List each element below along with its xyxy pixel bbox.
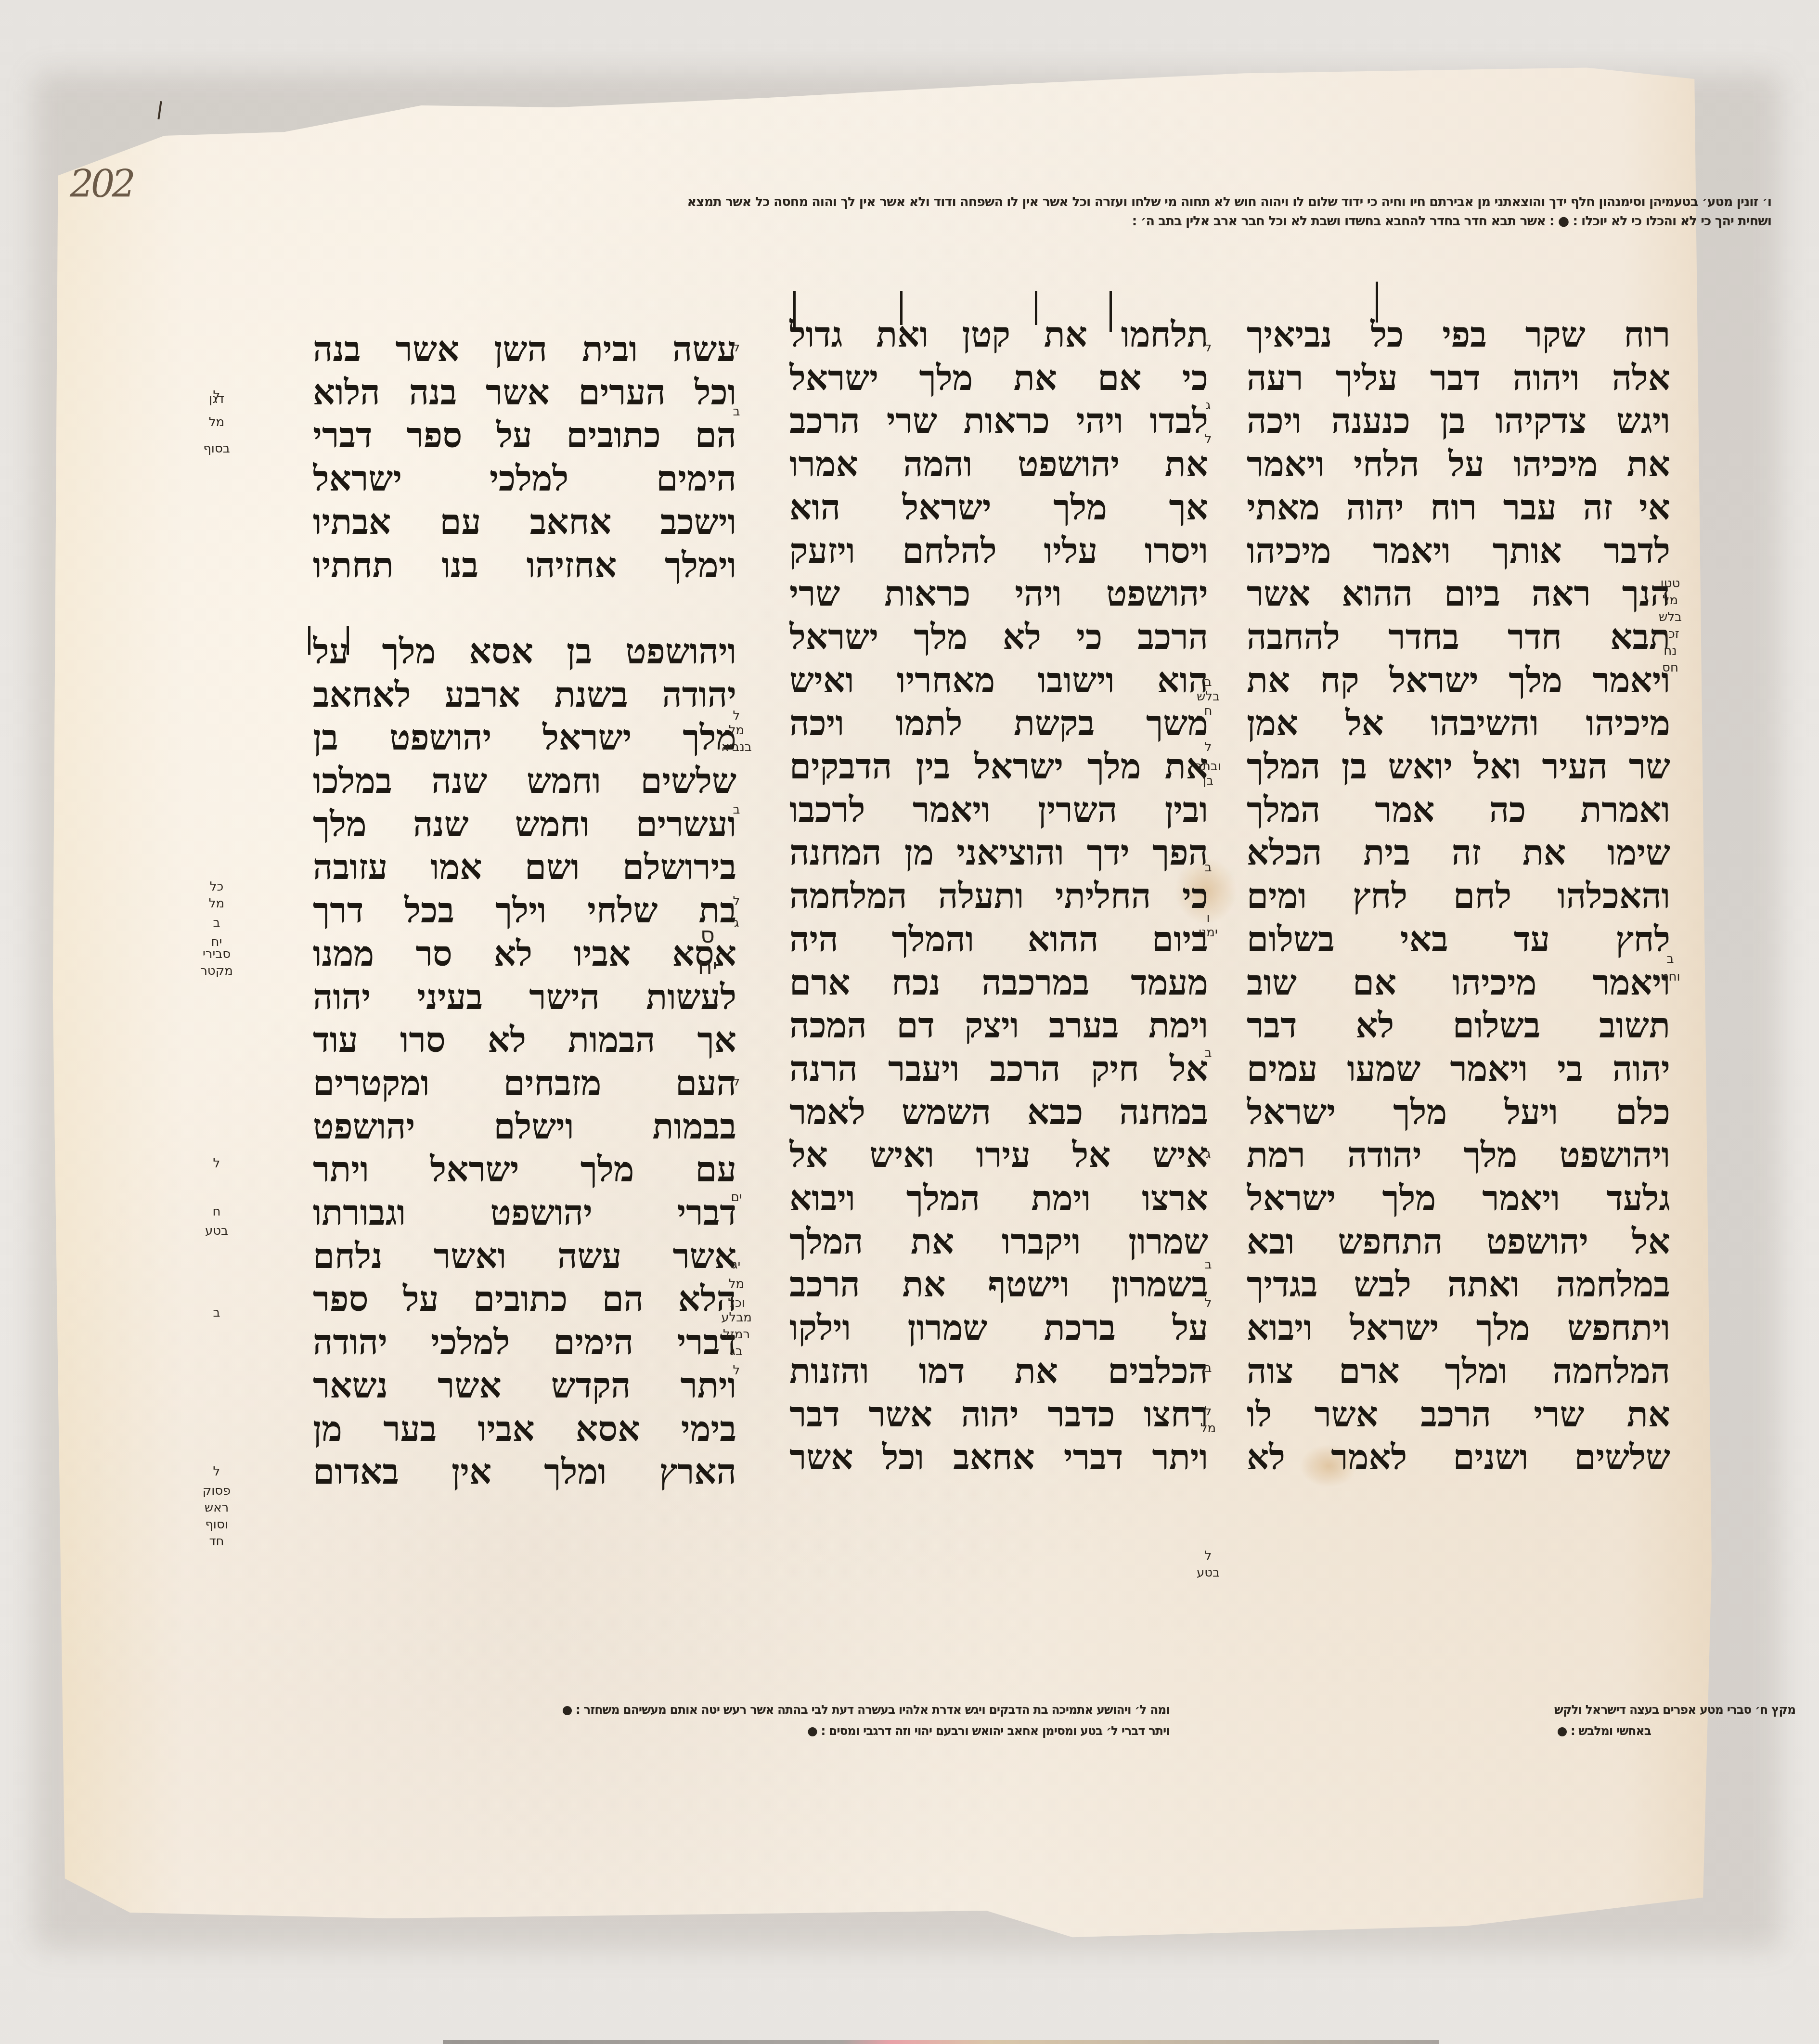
text-line: ויהושפט בן אסא מלך על [313, 630, 736, 673]
text-line: הוא וישובו מאחריו ואיש [789, 659, 1208, 702]
text-line: לבדו ויהי כראות שרי הרכב [789, 399, 1208, 442]
text-line: וכל הערים אשר בנה הלוא [313, 371, 736, 414]
text-line: ויאמר מיכיהו אם שוב [1247, 961, 1670, 1004]
text-line: כלם ויעל מלך ישראל [1247, 1090, 1670, 1134]
text-line: אל יהושפט התחפש ובא [1247, 1220, 1670, 1263]
text-line: אך מלך ישראל הוא [789, 486, 1208, 529]
text-line: הם כתובים על ספר דברי [313, 414, 736, 457]
text-line: שר העיר ואל יואש בן המלך [1247, 745, 1670, 788]
text-line: הלא הם כתובים על ספר [313, 1277, 736, 1320]
margin-note: ל [1205, 739, 1212, 755]
text-line: ויגש צדקיהו בן כנענה ויכה [1247, 399, 1670, 442]
margin-note: ל [1205, 1403, 1212, 1420]
masorah-bottom-left-line-2: ויתר דברי ל׳ בטע ומסימן אחאב יהואש ורבעם… [318, 1721, 1170, 1742]
margin-note: ח [213, 1203, 221, 1220]
margin-note: ובתר [1195, 758, 1221, 775]
text-column-middle: תלחמו את קטן ואת גדול כי אם את מלך ישראל… [789, 313, 1208, 1479]
margin-note: ב [1204, 1045, 1212, 1061]
text-line: הרכב כי לא מלך ישראל [789, 615, 1208, 659]
text-line: אל חיק הרכב ויעבר הרנה [789, 1047, 1208, 1090]
margin-note: ג [1206, 1146, 1211, 1162]
text-column-left: עשה ובית השן אשר בנה וכל הערים אשר בנה ה… [313, 327, 736, 1493]
margin-note: מל [1200, 1420, 1216, 1436]
text-line: כי אם את מלך ישראל [789, 356, 1208, 400]
margin-note: נח [1664, 643, 1677, 659]
margin-note: ראש [205, 1500, 229, 1516]
masorah-magna-bottom-left: ומה ל׳ ויהושע אתמיכה בת הדבקים ויגש אדרת… [318, 1699, 1170, 1742]
text-line: רוח שקר בפי כל נביאיך [1247, 313, 1670, 356]
text-line: הכלבים את דמו והזנות [789, 1349, 1208, 1393]
text-line: ביום ההוא והמלך היה [789, 918, 1208, 961]
text-column-right: רוח שקר בפי כל נביאיך אלה ויהוה דבר עליך… [1247, 313, 1670, 1479]
text-line: עם מלך ישראל ויתר [313, 1148, 736, 1191]
text-line: הימים למלכי ישראל [313, 457, 736, 500]
text-line: את שרי הרכב אשר לו [1247, 1393, 1670, 1436]
text-line: שלשים וחמש שנה במלכו [313, 759, 736, 802]
margin-note: ג [1206, 397, 1211, 414]
margin-note: פסוק [203, 1483, 231, 1499]
margin-note: ח [1204, 703, 1213, 719]
margin-note: מקטר [200, 963, 233, 979]
color-reference-strip [443, 2040, 1439, 2044]
text-line: מעמד במרכבה נכח ארם [789, 961, 1208, 1004]
text-line: אך הבמות לא סרו עוד [313, 1018, 736, 1061]
margin-note: בלש [1197, 688, 1220, 705]
margin-note: דגן [209, 391, 224, 407]
text-line: ויהושפט מלך יהודה רמת [1247, 1133, 1670, 1177]
margin-note: יח [698, 958, 717, 974]
masorah-magna-top: ו׳ זונין מטע׳ בטעמיהן וסימנהון חלף ידך ו… [318, 193, 1771, 231]
text-line: תבא חדר בחדר להחבה [1247, 615, 1670, 659]
margin-note: בג [730, 1343, 743, 1359]
text-line: במחנה כבא השמש לאמר [789, 1090, 1208, 1134]
masorah-bottom-right-line-1: מקץ ח׳ סברי מטע אפרים בעצה דישראל ולקש [1276, 1699, 1795, 1721]
masorah-top-line-1: ו׳ זונין מטע׳ בטעמיהן וסימנהון חלף ידך ו… [318, 193, 1771, 212]
margin-note: חס [1662, 660, 1678, 676]
masorah-parva-far-left: לדגןמלבסוףכלמלביחסבירימקטרלחבטעבלפסוקראש… [197, 0, 236, 2044]
text-line: מיכיהו והשיבהו אל אמן [1247, 701, 1670, 745]
text-line: ארצו וימת המלך ויבוא [789, 1177, 1208, 1220]
text-line: עשה ובית השן אשר בנה [313, 327, 736, 371]
margin-note: יג [733, 1256, 741, 1273]
margin-note: ב [213, 1305, 220, 1321]
margin-note: בלש [1659, 609, 1682, 625]
text-line: דברי יהושפט וגבורתו [313, 1191, 736, 1234]
margin-note: מל [729, 1276, 744, 1292]
text-line: לעשות הישר בעיני יהוה [313, 975, 736, 1019]
text-line: בבמות וישלם יהושפט [313, 1105, 736, 1148]
text-line: וימלך אחזיהו בנו תחתיו [313, 543, 736, 587]
text-line: ואמרת כה אמר המלך [1247, 788, 1670, 831]
text-line: הנך ראה ביום ההוא אשר [1247, 572, 1670, 615]
masorah-parva-right-middle: לגלבבלשחלובתרבןבוימניבגבלבלמללבטע [1189, 0, 1227, 2044]
text-line: וישכב אחאב עם אבתיו [313, 500, 736, 543]
text-line: ויתר הקדש אשר נשאר [313, 1364, 736, 1407]
margin-note: ו [1206, 910, 1210, 926]
margin-note: ב [213, 915, 220, 931]
text-line: את יהושפט והמה אמרו [789, 442, 1208, 486]
margin-note: וסוף [205, 1516, 228, 1533]
margin-note: חד [209, 1533, 224, 1550]
text-line: בימי אסא אביו בער מן [313, 1407, 736, 1450]
text-line: בת שלחי וילך בכל דרך [313, 889, 736, 932]
text-line: והאכלהו לחם לחץ ומים [1247, 874, 1670, 918]
text-line: רחצו כדבר יהוה אשר דבר [789, 1393, 1208, 1436]
margin-note: ל [733, 1362, 740, 1379]
text-line: תלחמו את קטן ואת גדול [789, 313, 1208, 356]
text-line: הפך ידך והוציאני מן המחנה [789, 831, 1208, 874]
margin-note: ל [1205, 339, 1212, 356]
text-line: אשר עשה ואשר נלחם [313, 1234, 736, 1278]
text-line: המלחמה ומלך ארם צוה [1247, 1349, 1670, 1393]
text-line: אי זה עבר רוח יהוה מאתי [1247, 486, 1670, 529]
text-line: יהושפט ויהי כראות שרי [789, 572, 1208, 615]
margin-note: סבירי [203, 946, 231, 962]
margin-note: ל [1205, 431, 1212, 447]
margin-note: בטע [205, 1223, 228, 1239]
margin-note: ב [1666, 951, 1674, 967]
margin-note: ל [213, 1155, 220, 1172]
text-line: במלחמה ואתה לבש בגדיך [1247, 1263, 1670, 1306]
margin-note: זכר [1661, 626, 1679, 642]
text-line: בירושלם ושם אמו עזובה [313, 845, 736, 889]
folio-number: 202 [70, 163, 133, 206]
margin-note: ב [733, 802, 740, 818]
margin-note: מל [209, 895, 224, 912]
margin-note: ל [1205, 1548, 1212, 1564]
margin-note: ב [1204, 859, 1212, 876]
text-line: משך בקשת לתמו ויכה [789, 701, 1208, 745]
margin-note: ל [733, 893, 740, 909]
margin-note: מל [1663, 592, 1678, 608]
text-line: כי החליתי ותעלה המלחמה [789, 874, 1208, 918]
text-line: אלה ויהוה דבר עליך רעה [1247, 356, 1670, 400]
margin-note: וכל [728, 1295, 745, 1311]
margin-note: בן [1203, 773, 1213, 789]
text-line: ועשרים וחמש שנה מלך [313, 802, 736, 846]
text-line: יהודה בשנת ארבע לאחאב [313, 673, 736, 716]
masorah-magna-bottom-right: מקץ ח׳ סברי מטע אפרים בעצה דישראל ולקש ב… [1276, 1699, 1795, 1742]
margin-note: ים [731, 1189, 742, 1205]
text-line: איש אל עירו ואיש אל [789, 1133, 1208, 1177]
text-line: שמרון ויקברו את המלך [789, 1220, 1208, 1263]
margin-note: רמזל [723, 1326, 750, 1343]
text-line: העם מזבחים ומקטרים [313, 1061, 736, 1105]
margin-note: ב [1204, 1256, 1212, 1273]
text-line: ויתחפש מלך ישראל ויבוא [1247, 1306, 1670, 1349]
margin-note: בטע [1197, 1565, 1220, 1581]
margin-note: ל [733, 339, 740, 356]
margin-note: ימני [1199, 924, 1218, 941]
text-line: שלשים ושנים לאמר לא [1247, 1436, 1670, 1479]
margin-note: ב [1204, 674, 1212, 690]
text-line: לחץ עד באי בשלום [1247, 918, 1670, 961]
margin-note: ל [213, 1463, 220, 1480]
text-line: ובין השרין ויאמר לרכבו [789, 788, 1208, 831]
margin-note: כל [210, 879, 224, 895]
margin-note: בסוף [203, 440, 230, 457]
margin-note: ב [1204, 1360, 1212, 1376]
masorah-bottom-left-line-1: ומה ל׳ ויהושע אתמיכה בת הדבקים ויגש אדרת… [318, 1699, 1170, 1721]
masorah-top-line-2: ושחית יהך כי לא והכלו כי לא יוכלו ׃ ● ׃ … [472, 212, 1771, 231]
text-line: אסא אביו לא סר ממנו [313, 932, 736, 975]
text-line: על ברכת שמרון וילקו [789, 1306, 1208, 1349]
text-line: ויאמר מלך ישראל קח את [1247, 659, 1670, 702]
margin-note: טטן [1661, 575, 1680, 592]
text-line: את מיכיהו על הלחי ויאמר [1247, 442, 1670, 486]
margin-note: מל [209, 414, 224, 430]
text-line: הארץ ומלך אין באדום [313, 1450, 736, 1493]
margin-note: ל [733, 708, 740, 724]
text-line: שימו את זה בית הכלא [1247, 831, 1670, 874]
text-line: תשוב בשלום לא דבר [1247, 1004, 1670, 1047]
margin-note: ב [733, 403, 740, 420]
text-line: בשמרון וישטף את הרכב [789, 1263, 1208, 1306]
text-line: מלך ישראל יהושפט בן [313, 716, 736, 759]
text-line: לדבר אותך ויאמר מיכיהו [1247, 529, 1670, 572]
section-break [313, 586, 736, 630]
text-line: גלעד ויאמר מלך ישראל [1247, 1177, 1670, 1220]
text-line: ויתר דברי אחאב וכל אשר [789, 1436, 1208, 1479]
text-line: יהוה בי ויאמר שמעו עמים [1247, 1047, 1670, 1090]
text-line: את מלך ישראל בין הדבקים [789, 745, 1208, 788]
margin-note: מל [729, 722, 744, 738]
masorah-bottom-right-line-2: באחשי ומלבש ׃ ● [1276, 1721, 1795, 1742]
text-line: ויסרו עליו להלחם ויזעק [789, 529, 1208, 572]
margin-note: ל [1205, 1295, 1212, 1311]
text-line: דברי הימים למלכי יהודה [313, 1320, 736, 1364]
margin-note: ל [733, 1074, 740, 1090]
margin-note: ס [700, 927, 715, 943]
text-line: וימת בערב ויצק דם המכה [789, 1004, 1208, 1047]
margin-note: ג [734, 915, 739, 931]
margin-note: וחט [1661, 969, 1680, 985]
lamed-ascender [308, 626, 310, 655]
